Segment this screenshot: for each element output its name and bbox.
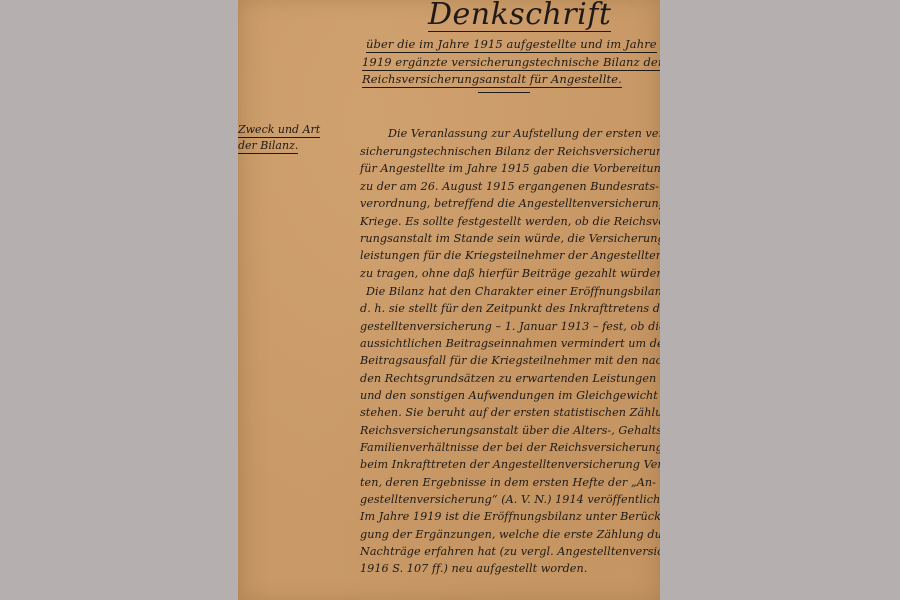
paragraph-1-line: rungsanstalt im Stande sein würde, die V…	[360, 233, 660, 245]
paragraph-2-line: Beitragsausfall für die Kriegsteilnehmer…	[360, 355, 660, 367]
paragraph-2-line: und den sonstigen Aufwendungen im Gleich…	[360, 390, 658, 402]
paragraph-1-line: zu tragen, ohne daß hierfür Beiträge gez…	[360, 268, 660, 280]
paragraph-2-line: Im Jahre 1919 ist die Eröffnungsbilanz u…	[360, 511, 660, 523]
paragraph-1-line: leistungen für die Kriegsteilnehmer der …	[360, 250, 660, 262]
paragraph-2-line: Die Bilanz hat den Charakter einer Eröff…	[366, 286, 660, 298]
paragraph-2-line: gestelltenversicherung“ (A. V. N.) 1914 …	[360, 494, 660, 506]
title-separator-rule	[478, 92, 530, 93]
paragraph-2-line: Reichsversicherungsanstalt über die Alte…	[360, 425, 660, 437]
paragraph-2-line: stehen. Sie beruht auf der ersten statis…	[360, 407, 660, 419]
paragraph-2-line: beim Inkrafttreten der Angestelltenversi…	[360, 459, 660, 471]
document-title: Denkschrift	[428, 0, 611, 32]
paragraph-1-line: Die Veranlassung zur Aufstellung der ers…	[388, 128, 660, 140]
subtitle-line-3: Reichsversicherungsanstalt für Angestell…	[362, 73, 622, 88]
margin-note-1-line-2: der Bilanz.	[238, 140, 298, 154]
paragraph-1-line: verordnung, betreffend die Angestelltenv…	[360, 198, 660, 210]
paragraph-2-line: d. h. sie stellt für den Zeitpunkt des I…	[360, 303, 660, 315]
paragraph-2-line: gestelltenversicherung – 1. Januar 1913 …	[360, 321, 660, 333]
subtitle-line-1: über die im Jahre 1915 aufgestellte und …	[366, 38, 657, 53]
viewer-background: Denkschrift über die im Jahre 1915 aufge…	[0, 0, 900, 600]
subtitle-line-2: 1919 ergänzte versicherungstechnische Bi…	[362, 56, 660, 71]
paragraph-2-line: 1916 S. 107 ff.) neu aufgestellt worden.	[360, 563, 587, 575]
paragraph-2-line-text: Die Bilanz hat den Charakter einer Eröff…	[366, 285, 660, 298]
paragraph-2-line: den Rechtsgrundsätzen zu erwartenden Lei…	[360, 373, 656, 385]
paragraph-1-line: Kriege. Es sollte festgestellt werden, o…	[360, 216, 660, 228]
paragraph-2-line: Nachträge erfahren hat (zu vergl. Angest…	[360, 546, 660, 558]
paragraph-1-line: für Angestellte im Jahre 1915 gaben die …	[360, 163, 660, 175]
paragraph-1-line: zu der am 26. August 1915 ergangenen Bun…	[360, 181, 659, 193]
paragraph-2-line: ten, deren Ergebnisse in dem ersten Heft…	[360, 477, 656, 489]
manuscript-page: Denkschrift über die im Jahre 1915 aufge…	[238, 0, 660, 600]
paragraph-2-line: gung der Ergänzungen, welche die erste Z…	[360, 529, 660, 541]
margin-note-1-line-1: Zweck und Art	[238, 124, 320, 138]
paragraph-2-line: Familienverhältnisse der bei der Reichsv…	[360, 442, 660, 454]
paragraph-1-line: sicherungstechnischen Bilanz der Reichsv…	[360, 146, 660, 158]
paragraph-2-line: aussichtlichen Beitragseinnahmen vermind…	[360, 338, 660, 350]
